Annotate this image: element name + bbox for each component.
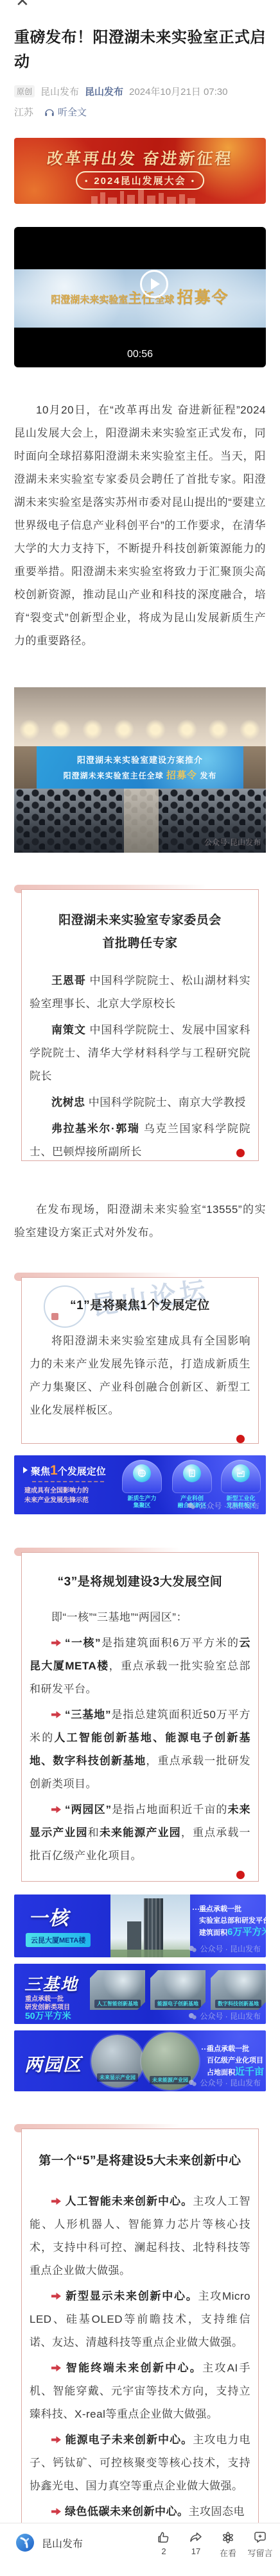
comment-button[interactable]: 写留言 — [244, 2530, 276, 2559]
focus-title: 聚焦1个发展定位 — [31, 1463, 106, 1478]
publish-datetime: 2024年10月21日 07:30 — [129, 85, 227, 98]
close-icon[interactable]: ✕ — [15, 0, 30, 11]
base-photo-2: 能源电子创新基地 — [150, 1970, 206, 2010]
expert-heading-line2: 首批聘任专家 — [30, 932, 250, 955]
headphone-icon — [44, 108, 55, 117]
arrow-icon — [23, 1467, 28, 1473]
wechat-logo-icon — [187, 1502, 196, 1510]
meta-building-badge: 云昆大厦META楼 — [26, 1933, 91, 1947]
parks-infographic-banner[interactable]: 两园区 未来显示产业园 未来能源产业园 重点承载一批 百亿级产业化项目 占地面积… — [14, 2030, 266, 2091]
expert-item: 南策文 中国科学院院士、发展中国家科学院院士、清华大学材料科学与工程研究院院长 — [30, 1019, 250, 1088]
listen-label: 听全文 — [58, 105, 87, 119]
banner-watermark: 公众号 · 昆山发布 — [188, 1943, 261, 1954]
card-3-heading: “3”是将规划建设3大发展空间 — [30, 1572, 250, 1589]
zone-arch-3 — [221, 1460, 261, 1493]
bases-title: 三基地 — [24, 1971, 78, 1995]
share-arrow-icon — [188, 2530, 204, 2545]
video-frame: 阳澄湖未来实验室主任全球 招募令 00:56 — [14, 269, 266, 328]
location-label: 江苏 — [14, 105, 33, 119]
listen-article-button[interactable]: 听全文 — [44, 105, 87, 119]
skyline-silhouette — [14, 190, 266, 204]
card-1-positioning: 昆山论坛 “1”是将聚焦1个发展定位 将阳澄湖未来实验室建成具有全国影响力的未来… — [21, 1277, 259, 1444]
original-tag: 原创 — [14, 85, 35, 97]
conference-photo[interactable]: 阳澄湖未来实验室建设方案推介 阳澄湖未来实验室主任全球 招募令 发布 公众号·昆… — [14, 687, 266, 853]
article-title: 重磅发布！阳澄湖未来实验室正式启动 — [14, 26, 266, 74]
banner-watermark: 公众号 · 昆山发布 — [188, 2077, 261, 2088]
like-button[interactable]: 2 — [148, 2530, 180, 2559]
article-meta-row: 原创 昆山发布 昆山发布 2024年10月21日 07:30 — [14, 85, 266, 98]
core-area: 建筑面积6万平方米 — [199, 1927, 266, 1939]
congress-slogan: 改革再出发 奋进新征程 — [14, 146, 266, 169]
share-count: 17 — [191, 2547, 200, 2556]
expert-item: 王恩哥 中国科学院院士、松山湖材料实验室理事长、北京大学原校长 — [30, 969, 250, 1016]
paragraph-1: 10月20日，在“改革再出发 奋进新征程”2024昆山发展大会上，阳澄湖未来实验… — [14, 399, 266, 653]
banner-watermark: 公众号 · 昆山发布 — [187, 1500, 259, 1511]
share-button[interactable]: 17 — [180, 2530, 212, 2559]
card-5-bullet: 能源电子未来创新中心。主攻电力电子、钙钛矿、可控核聚变等核心技术，支持协鑫光电、… — [30, 2429, 250, 2498]
card-5-bullet: 绿色低碳未来创新中心。主攻固态电 — [30, 2500, 250, 2523]
expert-heading-line1: 阳澄湖未来实验室专家委员会 — [30, 909, 250, 932]
congress-name-pill: • 2024昆山发展大会 • — [76, 171, 204, 190]
innovation-zone-icon — [183, 1464, 201, 1482]
bottom-toolbar: 昆山发布 2 17 在看 写留言 — [0, 2523, 280, 2576]
video-player[interactable]: 阳澄湖未来实验室主任全球 招募令 00:56 — [14, 227, 266, 367]
card-3-intro: 即“一核”“三基地”“两园区”： — [30, 1606, 250, 1629]
wechat-logo-icon — [188, 1945, 197, 1953]
focus-sub1: 建成具有全国影响力的 — [24, 1486, 89, 1496]
focus-infographic-banner[interactable]: 聚焦1个发展定位 建成具有全国影响力的 未来产业发展先锋示范 新质生产力集聚区 … — [14, 1455, 266, 1514]
parks-title: 两园区 — [24, 2051, 82, 2077]
bases-area-value: 50万平方米 — [25, 2011, 71, 2021]
bases-area: 50万平方米 — [25, 2010, 71, 2023]
expert-item: 弗拉基米尔·郭瑞 乌克兰国家科学院院士、巴顿焊接所副所长 — [30, 1117, 250, 1164]
decorative-red-dot — [236, 1871, 245, 1879]
card-3-bullet: “三基地”是指总建筑面积近50万平方米的人工智能创新基地、能源电子创新基地、数字… — [30, 1703, 250, 1796]
paragraph-2: 在发布现场，阳澄湖未来实验室“13555”的实验室建设方案正式对外发布。 — [14, 1198, 266, 1244]
wechat-article-page: ✕ 重磅发布！阳澄湖未来实验室正式启动 原创 昆山发布 昆山发布 2024年10… — [0, 0, 280, 2576]
play-button[interactable] — [140, 270, 168, 298]
zone-arch-2 — [172, 1460, 212, 1493]
wow-button[interactable]: 在看 — [212, 2530, 244, 2559]
stage-screen-line1: 阳澄湖未来实验室建设方案推介 — [77, 753, 203, 765]
card-1-heading: “1”是将聚焦1个发展定位 — [30, 1296, 250, 1313]
wechat-logo-icon — [188, 2012, 197, 2020]
wechat-logo-icon — [188, 2079, 197, 2087]
parks-line1: 重点承载一批 — [207, 2043, 249, 2055]
industrialization-zone-icon — [232, 1464, 250, 1482]
toolbar-actions: 2 17 在看 写留言 — [148, 2530, 276, 2559]
card-3-spaces: “3”是将规划建设3大发展空间 即“一核”“三基地”“两园区”： “一核”是指建… — [21, 1552, 259, 1882]
park-photo-1: 未来显示产业园 — [91, 2035, 144, 2087]
pill-dot-left: • — [85, 176, 89, 185]
zone-arch-1 — [122, 1460, 162, 1493]
comment-plus-icon — [252, 2530, 268, 2545]
card-5-heading: 第一个“5”是将建设5大未来创新中心 — [30, 2151, 250, 2168]
core-infographic-banner[interactable]: 一核 云昆大厦META楼 重点承载一批 实验室总部和研发平台 建筑面积6万平方米… — [14, 1894, 266, 1957]
photo-ceiling-lights — [14, 713, 266, 746]
pill-dot-right: • — [191, 176, 195, 185]
account-link[interactable]: 昆山发布 — [85, 85, 123, 98]
stage-screen-line2: 阳澄湖未来实验室主任全球 招募令 发布 — [64, 768, 217, 782]
expert-card: 阳澄湖未来实验室专家委员会 首批聘任专家 王恩哥 中国科学院院士、松山湖材料实验… — [21, 889, 259, 1161]
photo-watermark: 公众号·昆山发布 — [204, 837, 261, 848]
card-5-bullet: 智能终端未来创新中心。主攻AI手机、智能穿戴、元宇宙等技术方向，支持立臻科技、X… — [30, 2357, 250, 2426]
article-meta-row2: 江苏 听全文 — [14, 105, 87, 119]
wow-flower-icon — [220, 2530, 236, 2545]
card-3-bullet: “一核”是指建筑面积6万平方米的云昆大厦META楼，重点承载一批实验室总部和研发… — [30, 1632, 250, 1701]
stage-screen: 阳澄湖未来实验室建设方案推介 阳澄湖未来实验室主任全球 招募令 发布 — [37, 746, 243, 789]
comment-label: 写留言 — [247, 2547, 272, 2559]
expert-list: 王恩哥 中国科学院院士、松山湖材料实验室理事长、北京大学原校长 南策文 中国科学… — [30, 969, 250, 1164]
play-icon — [151, 278, 160, 290]
wow-label: 在看 — [220, 2547, 236, 2559]
base-photo-1: 人工智能创新基地 — [90, 1970, 145, 2010]
core-line2: 实验室总部和研发平台 — [199, 1915, 266, 1927]
photo-wall-right — [243, 746, 266, 789]
dashed-underline — [32, 1481, 104, 1482]
decorative-red-dot — [236, 1435, 245, 1443]
parks-line2: 百亿级产业化项目 — [207, 2055, 263, 2066]
video-duration: 00:56 — [14, 349, 266, 360]
bases-infographic-banner[interactable]: 三基地 重点承载一批 研发创新类项目 50万平方米 人工智能创新基地 能源电子创… — [14, 1964, 266, 2024]
building-photo — [110, 1894, 190, 1957]
parks-area-value: 近千亩 — [235, 2066, 264, 2077]
core-line1: 重点承载一批 — [199, 1903, 241, 1915]
account-name: 昆山发布 — [42, 2536, 83, 2550]
card-5-bullet: 新型显示未来创新中心。主攻Micro LED、硅基OLED等前瞻技术，支持维信诺… — [30, 2285, 250, 2354]
author-name: 昆山发布 — [40, 85, 79, 98]
banner-watermark: 公众号 · 昆山发布 — [188, 2011, 261, 2021]
productivity-zone-icon — [133, 1464, 151, 1482]
center-aisle — [124, 789, 159, 853]
photo-wall-left — [14, 746, 37, 789]
decorative-red-dot — [236, 1149, 245, 1157]
expert-card-heading: 阳澄湖未来实验室专家委员会 首批聘任专家 — [30, 909, 250, 955]
like-count: 2 — [161, 2547, 166, 2556]
card-1-body: 将阳澄湖未来实验室建成具有全国影响力的未来产业发展先锋示范，打造成新质生产力集聚… — [30, 1330, 250, 1422]
account-entry[interactable]: 昆山发布 — [15, 2533, 83, 2552]
thumbs-up-icon — [156, 2530, 171, 2545]
base-photo-3: 数字科技创新基地 — [211, 1970, 266, 2010]
focus-sub2: 未来产业发展先锋示范 — [24, 1496, 89, 1505]
congress-banner-image[interactable]: 改革再出发 奋进新征程 • 2024昆山发展大会 • — [14, 138, 266, 204]
account-logo — [15, 2533, 35, 2552]
card-5-bullet: 人工智能未来创新中心。主攻人工智能、人形机器人、智能算力芯片等核心技术，支持中科… — [30, 2190, 250, 2282]
card-5-centers: 第一个“5”是将建设5大未来创新中心 人工智能未来创新中心。主攻人工智能、人形机… — [21, 2129, 259, 2545]
core-area-value: 6万平方米 — [227, 1927, 266, 1937]
expert-item: 沈树忠 中国科学院院士、南京大学教授 — [30, 1091, 250, 1114]
congress-name: 2024昆山发展大会 — [94, 174, 186, 187]
zone-label-1: 新质生产力集聚区 — [117, 1495, 167, 1509]
card-3-bullet: “两园区”是指占地面积近千亩的未来显示产业园和未来能源产业园，重点承载一批百亿级… — [30, 1798, 250, 1868]
core-title: 一核 — [28, 1902, 69, 1930]
